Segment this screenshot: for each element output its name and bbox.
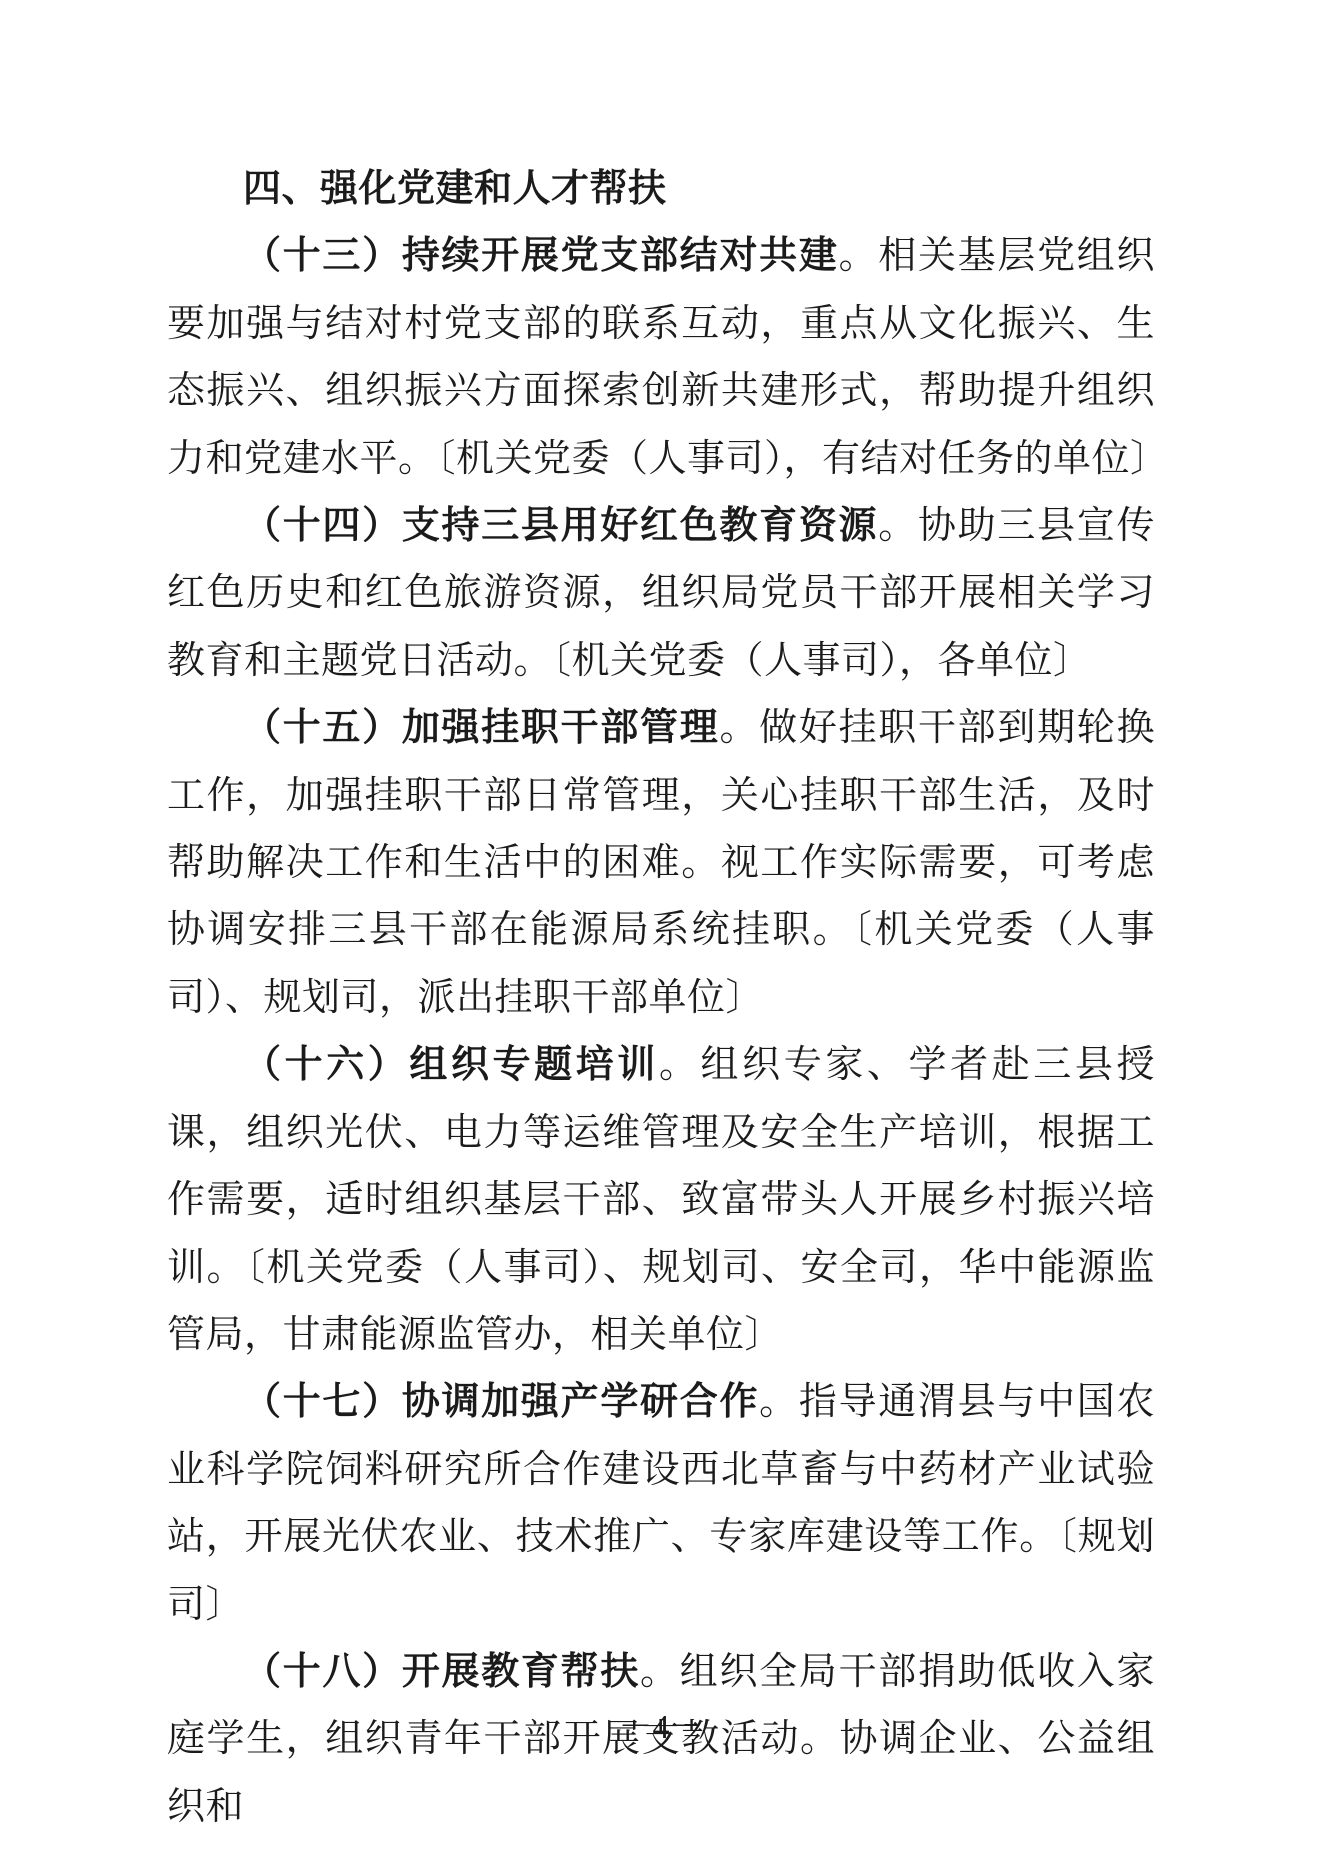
paragraph-14: （十四）支持三县用好红色教育资源。协助三县宣传红色历史和红色旅游资源，组织局党员… (167, 493, 1155, 695)
paragraph-18-lead: （十八）开展教育帮扶 (243, 1651, 640, 1693)
section-heading: 四、强化党建和人才帮扶 (167, 156, 1155, 223)
paragraph-15: （十五）加强挂职干部管理。做好挂职干部到期轮换工作，加强挂职干部日常管理，关心挂… (167, 695, 1155, 1032)
paragraph-13-lead: （十三）持续开展党支部结对共建 (243, 235, 839, 277)
paragraph-17: （十七）协调加强产学研合作。指导通渭县与中国农业科学院饲料研究所合作建设西北草畜… (167, 1369, 1155, 1639)
page-number: －4－ (167, 1708, 1155, 1748)
paragraph-15-text: 。做好挂职干部到期轮换工作，加强挂职干部日常管理，关心挂职干部生活，及时帮助解决… (167, 707, 1155, 1019)
paragraph-14-lead: （十四）支持三县用好红色教育资源 (243, 505, 878, 547)
paragraph-16-lead: （十六）组织专题培训 (243, 1044, 659, 1086)
paragraph-16: （十六）组织专题培训。组织专家、学者赴三县授课，组织光伏、电力等运维管理及安全生… (167, 1032, 1155, 1369)
paragraph-13: （十三）持续开展党支部结对共建。相关基层党组织要加强与结对村党支部的联系互动，重… (167, 223, 1155, 493)
document-page: 四、强化党建和人才帮扶 （十三）持续开展党支部结对共建。相关基层党组织要加强与结… (0, 0, 1323, 1871)
paragraph-16-text: 。组织专家、学者赴三县授课，组织光伏、电力等运维管理及安全生产培训，根据工作需要… (167, 1044, 1155, 1356)
document-body: 四、强化党建和人才帮扶 （十三）持续开展党支部结对共建。相关基层党组织要加强与结… (167, 156, 1155, 1841)
paragraph-17-lead: （十七）协调加强产学研合作 (243, 1381, 759, 1423)
paragraph-15-lead: （十五）加强挂职干部管理 (243, 707, 719, 749)
